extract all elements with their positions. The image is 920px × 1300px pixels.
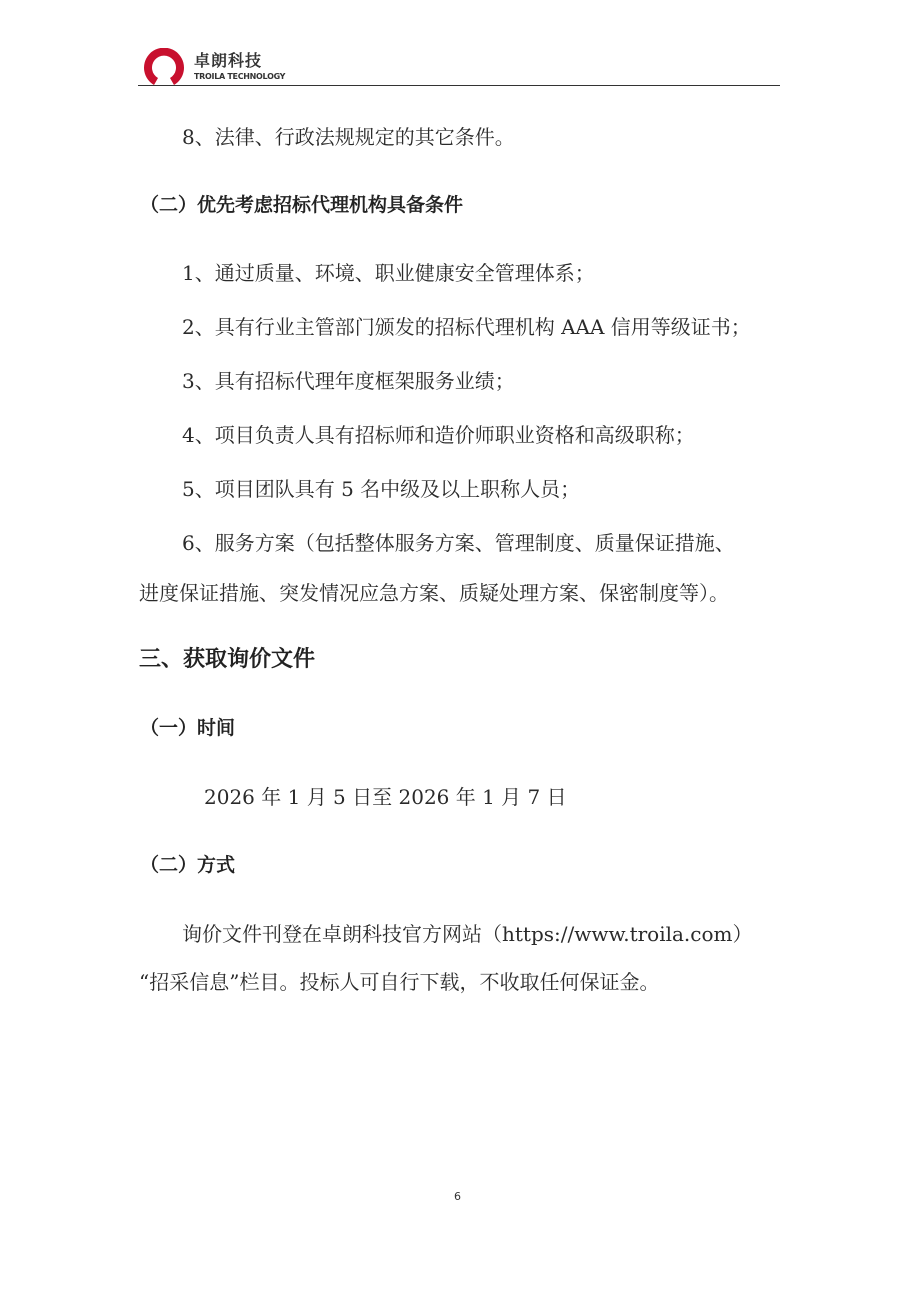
logo-english-name: TROILA TECHNOLOGY — [194, 72, 285, 81]
priority-item-1: 1、通过质量、环境、职业健康安全管理体系； — [182, 260, 595, 286]
section-heading-time: （一）时间 — [140, 715, 235, 741]
page-header: 卓朗科技 TROILA TECHNOLOGY — [138, 44, 780, 86]
priority-item-6: 6、服务方案（包括整体服务方案、管理制度、质量保证措施、 — [182, 530, 735, 556]
header-divider — [138, 85, 780, 86]
page-number: 6 — [454, 1190, 461, 1203]
section-heading-obtain-documents: 三、获取询价文件 — [139, 647, 315, 673]
priority-item-3: 3、具有招标代理年度框架服务业绩； — [182, 368, 515, 394]
section-heading-method: （二）方式 — [140, 852, 235, 878]
method-text-line-1: 询价文件刊登在卓朗科技官方网站（https://www.troila.com） — [182, 921, 753, 947]
troila-logo-icon — [142, 48, 186, 86]
priority-item-4: 4、项目负责人具有招标师和造价师职业资格和高级职称； — [182, 422, 695, 448]
condition-item-8: 8、法律、行政法规规定的其它条件。 — [182, 124, 515, 150]
method-text-line-2: “招采信息”栏目。投标人可自行下载，不收取任何保证金。 — [139, 969, 659, 995]
priority-item-5: 5、项目团队具有 5 名中级及以上职称人员； — [182, 476, 580, 502]
priority-item-2: 2、具有行业主管部门颁发的招标代理机构 AAA 信用等级证书； — [182, 314, 751, 340]
priority-item-6-continued: 进度保证措施、突发情况应急方案、质疑处理方案、保密制度等）。 — [139, 580, 729, 606]
logo-chinese-name: 卓朗科技 — [194, 52, 262, 70]
section-heading-priority-conditions: （二）优先考虑招标代理机构具备条件 — [140, 192, 463, 218]
time-range-text: 2026 年 1 月 5 日至 2026 年 1 月 7 日 — [204, 784, 567, 810]
